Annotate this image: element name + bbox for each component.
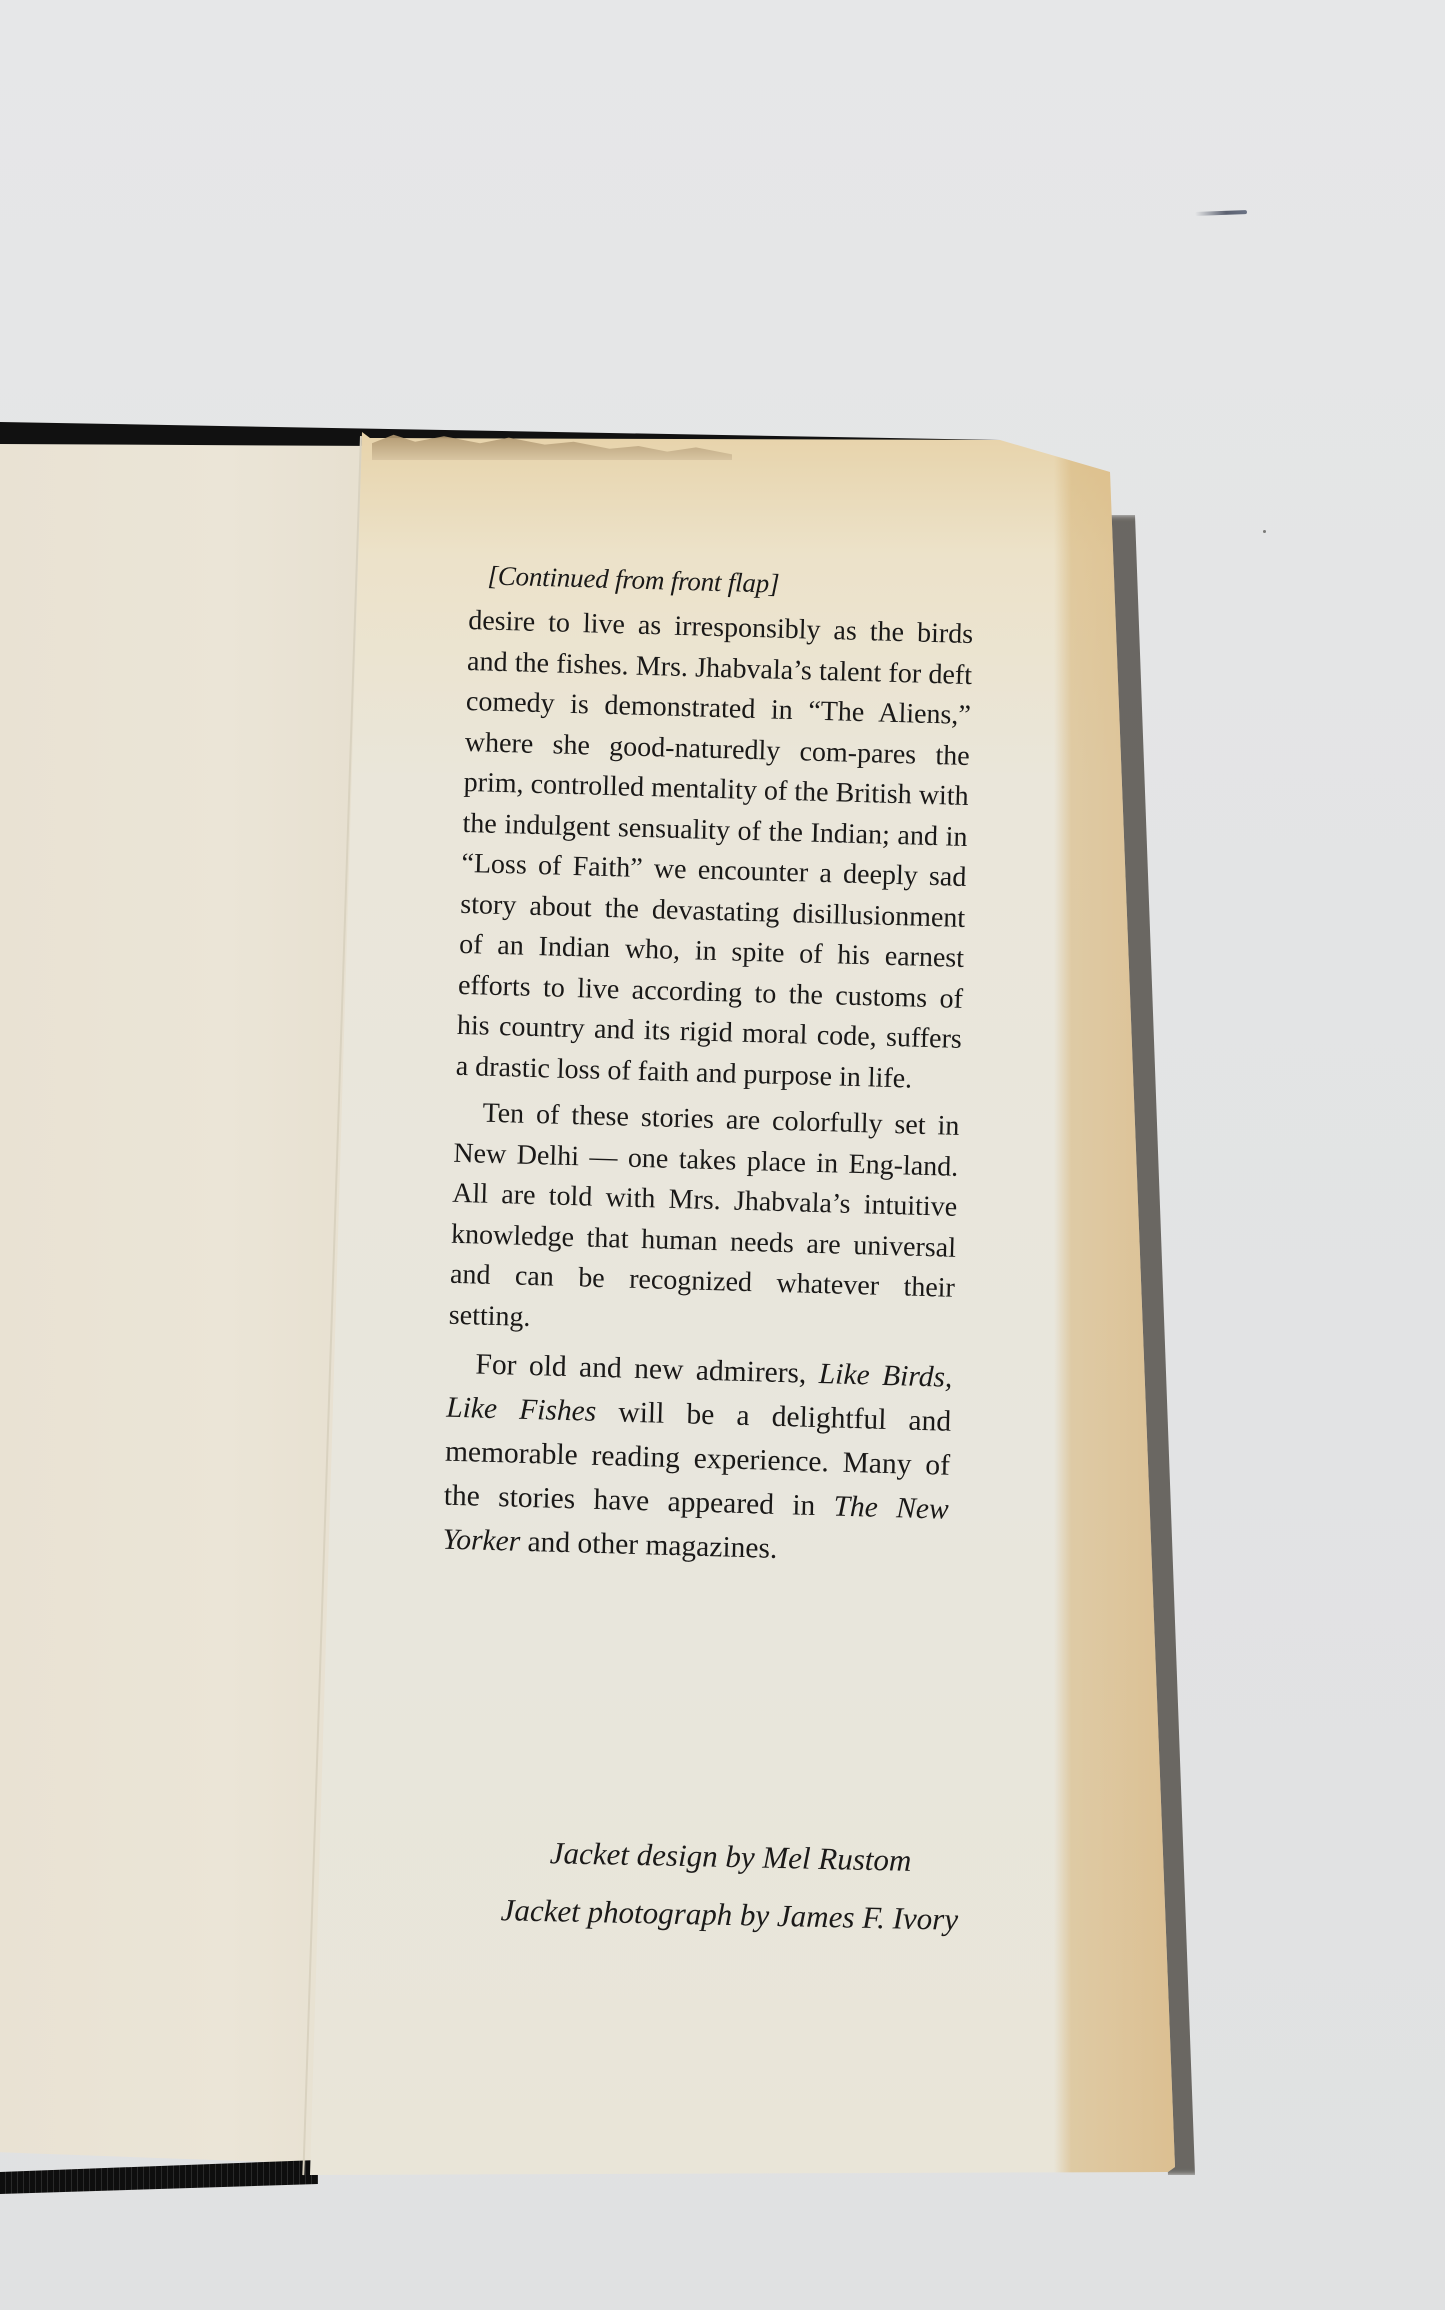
text-run: Ten of these stories are colorfully set … bbox=[448, 1098, 959, 1333]
text-run: For old and new admirers, bbox=[475, 1348, 819, 1390]
text-run: and other magazines. bbox=[520, 1526, 778, 1565]
credit-design: Jacket design by Mel Rustom bbox=[470, 1823, 991, 1892]
speck bbox=[1263, 530, 1266, 533]
text-run: desire to live as irresponsibly as the b… bbox=[455, 605, 973, 1094]
flap-paragraph: desire to live as irresponsibly as the b… bbox=[455, 601, 973, 1101]
credit-photograph: Jacket photograph by James F. Ivory bbox=[469, 1881, 990, 1950]
flap-text: [Continued from front flap] desire to li… bbox=[442, 560, 975, 1576]
flap-paragraph: For old and new admirers, Like Birds, Li… bbox=[442, 1342, 953, 1576]
pen-mark bbox=[1195, 210, 1247, 216]
flap-paragraphs: desire to live as irresponsibly as the b… bbox=[442, 601, 974, 1576]
jacket-credits: Jacket design by Mel Rustom Jacket photo… bbox=[469, 1823, 991, 1950]
flap-paragraph: Ten of these stories are colorfully set … bbox=[448, 1093, 960, 1350]
